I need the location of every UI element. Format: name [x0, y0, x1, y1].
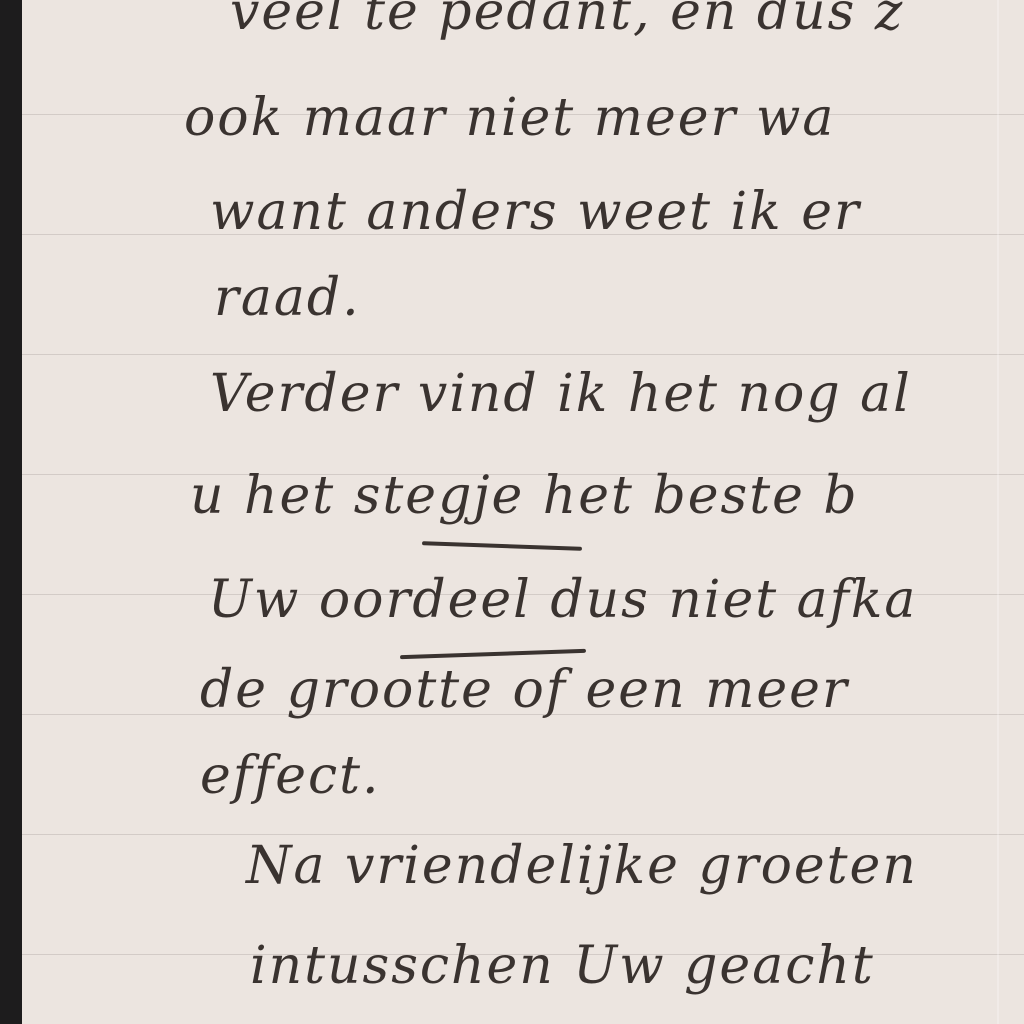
letter-line-2: ook maar niet meer wa — [184, 88, 835, 148]
letter-line-9: effect. — [200, 746, 381, 806]
letter-line-8: de grootte of een meer — [200, 660, 849, 720]
letter-line-6: u het stegje het beste b — [190, 466, 859, 526]
letter-line-11: intusschen Uw geacht — [250, 936, 875, 996]
letter-line-3: want anders weet ik er — [210, 182, 861, 242]
paper-fold — [997, 0, 999, 1024]
letter-line-5: Verder vind ik het nog al — [210, 364, 912, 424]
letter-line-1: veel te pedant, en dus z — [230, 0, 904, 42]
binder-edge — [0, 0, 22, 1024]
letter-line-4: raad. — [214, 268, 361, 328]
overline-stroke — [400, 649, 586, 659]
letter-line-7: Uw oordeel dus niet afka — [208, 570, 917, 630]
letter-page: veel te pedant, en dus z ook maar niet m… — [22, 0, 1024, 1024]
letter-line-10: Na vriendelijke groeten — [246, 836, 918, 896]
underline-stroke — [422, 541, 582, 551]
